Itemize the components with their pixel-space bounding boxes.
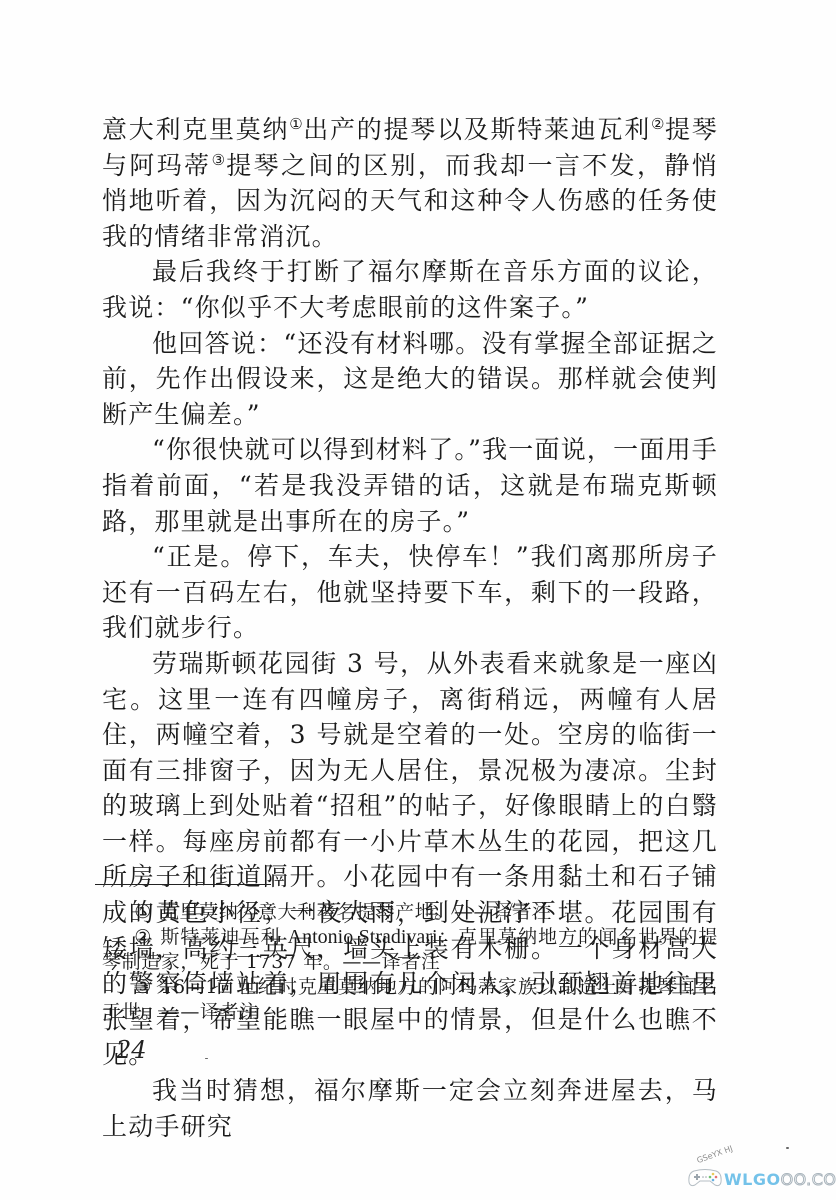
footnote-2-latin-name: Antonio Stradivari (288, 926, 438, 948)
footnote-3-mark: ③ (134, 976, 152, 998)
paragraph-2: 最后我终于打断了福尔摩斯在音乐方面的议论，我说：“你似乎不大考虑眼前的这件案子。… (102, 254, 718, 325)
footnote-ref-2[interactable]: ② (651, 115, 665, 133)
page-number: 24 (116, 1036, 147, 1064)
footnote-2: ②斯特莱迪瓦利 Antonio Stradivari：克里莫纳地方的闻名世界的提… (102, 925, 718, 975)
footnote-divider (95, 884, 271, 885)
paragraph-4: “你很快就可以得到材料了。”我一面说，一面用手指着前面，“若是我没弄错的话，这就… (102, 432, 718, 539)
footnote-1-text: 克里莫纳为意大利著名提琴产地。——译者注 (160, 901, 552, 923)
paragraph-5: “正是。停下，车夫，快停车！”我们离那所房子还有一百码左右，他就坚持要下车，剩下… (102, 539, 718, 646)
footnote-ref-1[interactable]: ① (289, 115, 303, 133)
footnotes: ①克里莫纳为意大利著名提琴产地。——译者注 ②斯特莱迪瓦利 Antonio St… (102, 900, 718, 1025)
gamepad-icon (688, 1168, 722, 1188)
footnote-3-text: 16—17 世纪时克里莫纳地方的阿玛蒂家族以制造上好提琴闻名于世。——译者注 (102, 976, 718, 1023)
scanned-book-page: 意大利克里莫纳①出产的提琴以及斯特莱迪瓦利②提琴与阿玛蒂③提琴之间的区别，而我却… (0, 0, 836, 1200)
paragraph-1-text-b: 出产的提琴以及斯特莱迪瓦利 (303, 115, 651, 144)
watermark-brand-light: OO.COM (781, 1170, 836, 1189)
footnote-1-mark: ① (134, 901, 152, 923)
site-watermark: GSeYX HJ WLGOOO.COM (688, 1150, 834, 1196)
paragraph-7: 我当时猜想，福尔摩斯一定会立刻奔进屋去，马上动手研究 (102, 1073, 718, 1144)
footnote-2-text-before: 斯特莱迪瓦利 (160, 926, 287, 948)
footnote-2-mark: ② (134, 926, 152, 948)
watermark-brand-strong: WLGO (724, 1170, 781, 1189)
watermark-small-text: GSeYX HJ (696, 1144, 734, 1165)
watermark-brand: WLGOOO.COM (724, 1170, 836, 1189)
footnote-1: ①克里莫纳为意大利著名提琴产地。——译者注 (102, 900, 718, 925)
footnote-3: ③16—17 世纪时克里莫纳地方的阿玛蒂家族以制造上好提琴闻名于世。——译者注 (102, 975, 718, 1025)
paragraph-1: 意大利克里莫纳①出产的提琴以及斯特莱迪瓦利②提琴与阿玛蒂③提琴之间的区别，而我却… (102, 112, 718, 254)
paragraph-3: 他回答说：“还没有材料哪。没有掌握全部证据之前，先作出假设来，这是绝大的错误。那… (102, 326, 718, 433)
scan-speck (786, 1147, 789, 1149)
scan-speck (205, 1058, 208, 1059)
footnote-ref-3[interactable]: ③ (212, 151, 227, 169)
paragraph-1-text-a: 意大利克里莫纳 (102, 115, 289, 144)
